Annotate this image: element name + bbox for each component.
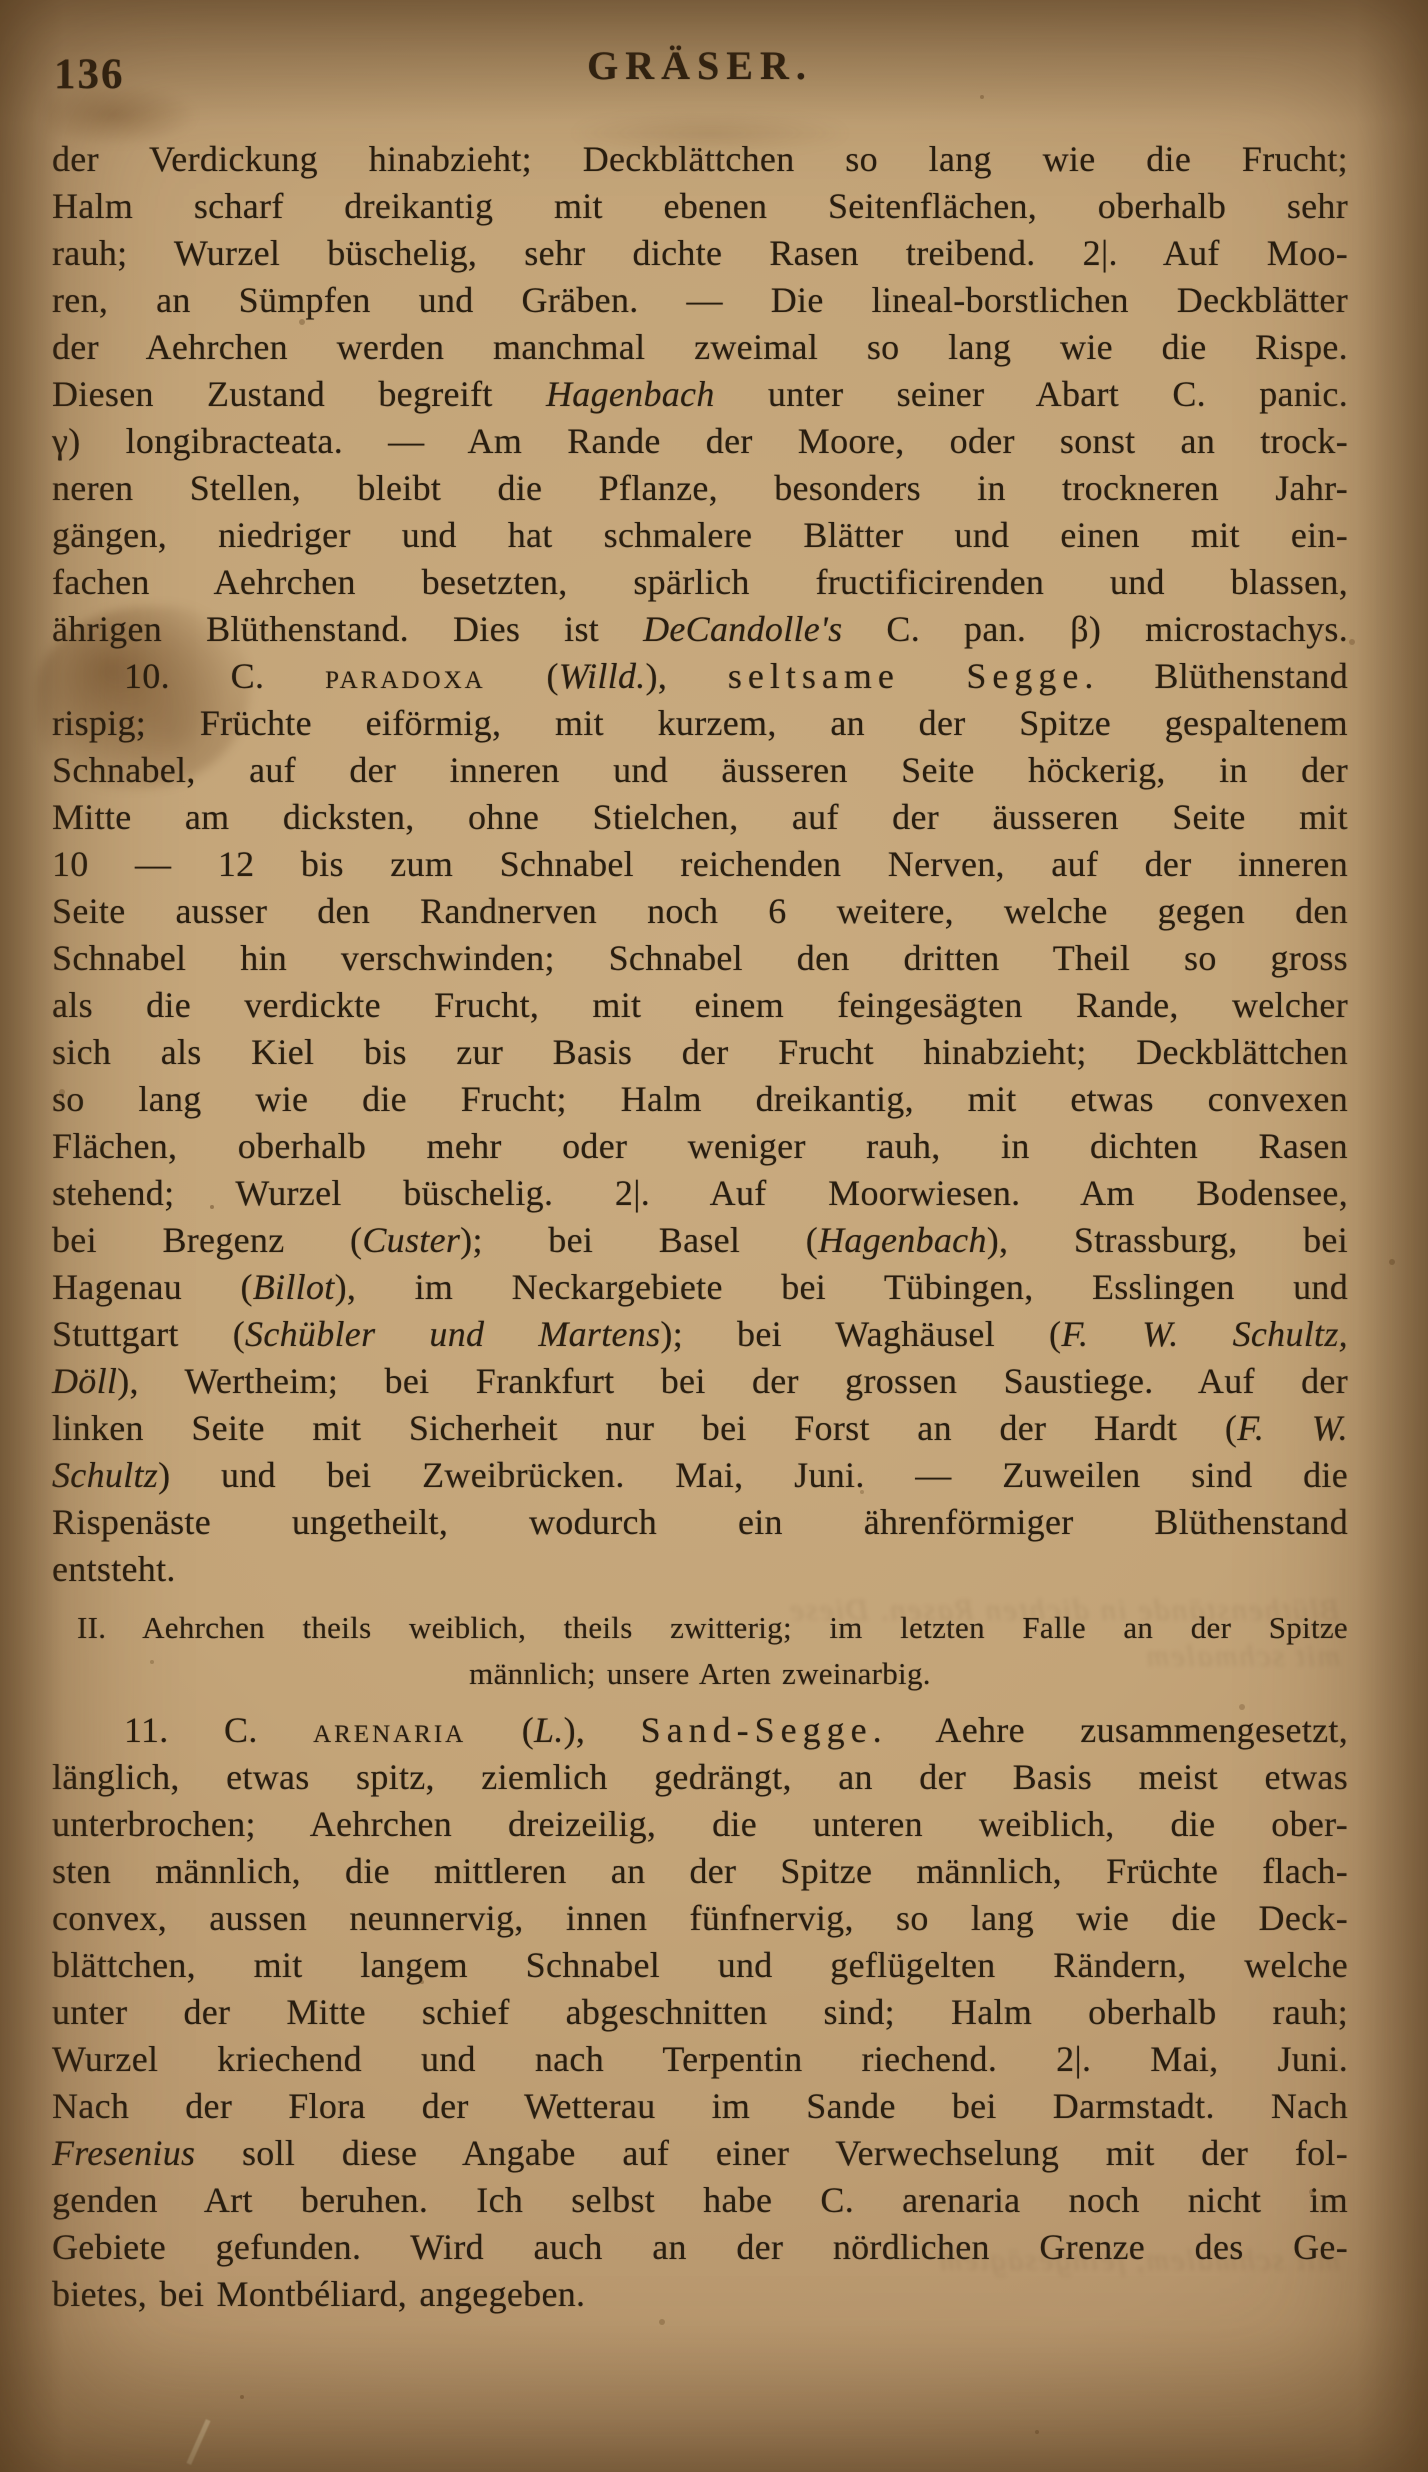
text-line: ährigen Blüthenstand. Dies ist DeCandoll… — [52, 606, 1348, 653]
text-segment: 10. C. — [124, 656, 325, 696]
text-segment: ( — [466, 1710, 534, 1750]
text-segment: rispig; Früchte eiförmig, mit kurzem, an… — [52, 703, 1348, 743]
text-segment: Diesen Zustand begreift — [52, 374, 546, 414]
text-line: männlich; unsere Arten zweinarbig. — [52, 1651, 1348, 1697]
text-segment: ); bei Basel ( — [460, 1220, 818, 1260]
text-line: Schnabel hin verschwinden; Schnabel den … — [52, 935, 1348, 982]
text-segment: männlich; unsere Arten zweinarbig. — [469, 1656, 931, 1691]
section-heading: II. Aehrchen theils weiblich, theils zwi… — [52, 1605, 1348, 1697]
text-segment: Stuttgart ( — [52, 1314, 245, 1354]
text-segment: ), — [564, 1710, 641, 1750]
text-segment: ) und bei Zweibrücken. Mai, Juni. — Zuwe… — [158, 1455, 1348, 1495]
text-segment: Halm scharf dreikantig mit ebenen Seiten… — [52, 186, 1348, 226]
text-segment: Mitte am dicksten, ohne Stielchen, auf d… — [52, 797, 1348, 837]
text-segment: neren Stellen, bleibt die Pflanze, beson… — [52, 468, 1348, 508]
text-segment: Custer — [362, 1220, 460, 1260]
running-title: GRÄSER. — [52, 42, 1348, 89]
text-line: unterbrochen; Aehrchen dreizeilig, die u… — [52, 1801, 1348, 1848]
text-line: unter der Mitte schief abgeschnitten sin… — [52, 1989, 1348, 2036]
text-segment: L. — [534, 1710, 564, 1750]
text-segment: Willd. — [559, 656, 646, 696]
text-line: 11. C. arenaria (L.), Sand-Segge. Aehre … — [52, 1707, 1348, 1754]
page-header: 136 GRÄSER. — [52, 42, 1348, 89]
text-segment: 10 — 12 bis zum Schnabel reichenden Nerv… — [52, 844, 1348, 884]
text-segment: Schultz — [52, 1455, 158, 1495]
text-segment: genden Art beruhen. Ich selbst habe C. a… — [52, 2180, 1348, 2220]
text-line: stehend; Wurzel büschelig. 2|. Auf Moorw… — [52, 1170, 1348, 1217]
text-segment: Fresenius — [52, 2133, 195, 2173]
text-segment: DeCandolle's — [643, 609, 842, 649]
text-line: Döll), Wertheim; bei Frankfurt bei der g… — [52, 1358, 1348, 1405]
text-segment: fachen Aehrchen besetzten, spärlich fruc… — [52, 562, 1348, 602]
text-segment: unter der Mitte schief abgeschnitten sin… — [52, 1992, 1348, 2032]
text-segment: F. W. — [1237, 1408, 1348, 1448]
text-segment: paradoxa — [325, 656, 486, 696]
text-line: Seite ausser den Randnerven noch 6 weite… — [52, 888, 1348, 935]
text-segment: Gebiete gefunden. Wird auch an der nördl… — [52, 2227, 1348, 2267]
text-line: fachen Aehrchen besetzten, spärlich fruc… — [52, 559, 1348, 606]
text-segment: Schnabel hin verschwinden; Schnabel den … — [52, 938, 1348, 978]
text-line: der Aehrchen werden manchmal zweimal so … — [52, 324, 1348, 371]
text-line: Gebiete gefunden. Wird auch an der nördl… — [52, 2224, 1348, 2271]
book-page-scan: Blüthenstände in dichten Rasen. Diese mi… — [0, 0, 1428, 2472]
para-species-11: 11. C. arenaria (L.), Sand-Segge. Aehre … — [52, 1707, 1348, 2318]
text-segment: Billot — [253, 1267, 335, 1307]
text-segment: Rispenäste ungetheilt, wodurch ein ähren… — [52, 1502, 1348, 1542]
text-segment: ), im Neckargebiete bei Tübingen, Esslin… — [335, 1267, 1348, 1307]
text-segment: convex, aussen neunnervig, innen fünfner… — [52, 1898, 1348, 1938]
text-line: Mitte am dicksten, ohne Stielchen, auf d… — [52, 794, 1348, 841]
text-segment: seltsame Segge — [728, 656, 1084, 696]
text-line: Flächen, oberhalb mehr oder weniger rauh… — [52, 1123, 1348, 1170]
text-segment: der Verdickung hinabzieht; Deckblättchen… — [52, 139, 1348, 179]
text-segment: entsteht. — [52, 1549, 176, 1589]
text-segment: ), Wertheim; bei Frankfurt bei der gross… — [117, 1361, 1348, 1401]
text-segment: Hagenbach — [546, 374, 715, 414]
text-segment: arenaria — [313, 1710, 466, 1750]
text-segment: Seite ausser den Randnerven noch 6 weite… — [52, 891, 1348, 931]
text-line: Rispenäste ungetheilt, wodurch ein ähren… — [52, 1499, 1348, 1546]
paper-specks — [0, 0, 4, 4]
text-segment: Wurzel kriechend und nach Terpentin riec… — [52, 2039, 1348, 2079]
text-segment: Flächen, oberhalb mehr oder weniger rauh… — [52, 1126, 1348, 1166]
text-segment: der Aehrchen werden manchmal zweimal so … — [52, 327, 1348, 367]
text-segment: Hagenau ( — [52, 1267, 253, 1307]
text-segment: . Blüthenstand — [1084, 656, 1348, 696]
text-segment: als die verdickte Frucht, mit einem fein… — [52, 985, 1348, 1025]
text-line: als die verdickte Frucht, mit einem fein… — [52, 982, 1348, 1029]
text-segment: Hagenbach — [818, 1220, 987, 1260]
text-line: 10 — 12 bis zum Schnabel reichenden Nerv… — [52, 841, 1348, 888]
text-segment: ), — [646, 656, 728, 696]
text-segment: Nach der Flora der Wetterau im Sande bei… — [52, 2086, 1348, 2126]
text-line: genden Art beruhen. Ich selbst habe C. a… — [52, 2177, 1348, 2224]
text-segment: ährigen Blüthenstand. Dies ist — [52, 609, 643, 649]
text-segment: unterbrochen; Aehrchen dreizeilig, die u… — [52, 1804, 1348, 1844]
text-line: linken Seite mit Sicherheit nur bei Fors… — [52, 1405, 1348, 1452]
text-line: II. Aehrchen theils weiblich, theils zwi… — [52, 1605, 1348, 1651]
text-segment: so lang wie die Frucht; Halm dreikantig,… — [52, 1079, 1348, 1119]
text-segment: Sand-Segge — [641, 1710, 873, 1750]
scratch-mark — [186, 2419, 210, 2465]
text-line: länglich, etwas spitz, ziemlich gedrängt… — [52, 1754, 1348, 1801]
text-line: Schnabel, auf der inneren und äusseren S… — [52, 747, 1348, 794]
page-number: 136 — [54, 50, 125, 99]
text-line: Nach der Flora der Wetterau im Sande bei… — [52, 2083, 1348, 2130]
text-line: 10. C. paradoxa (Willd.), seltsame Segge… — [52, 653, 1348, 700]
text-block: der Verdickung hinabzieht; Deckblättchen… — [52, 136, 1348, 2318]
text-segment: bietes, bei Montbéliard, angegeben. — [52, 2274, 585, 2314]
text-line: convex, aussen neunnervig, innen fünfner… — [52, 1895, 1348, 1942]
text-segment: C. pan. β) microstachys. — [842, 609, 1348, 649]
text-segment: blättchen, mit langem Schnabel und geflü… — [52, 1945, 1348, 1985]
text-segment: rauh; Wurzel büschelig, sehr dichte Rase… — [52, 233, 1348, 273]
text-segment: gängen, niedriger und hat schmalere Blät… — [52, 515, 1348, 555]
text-line: Schultz) und bei Zweibrücken. Mai, Juni.… — [52, 1452, 1348, 1499]
text-segment: sich als Kiel bis zur Basis der Frucht h… — [52, 1032, 1348, 1072]
text-segment: stehend; Wurzel büschelig. 2|. Auf Moorw… — [52, 1173, 1348, 1213]
text-segment: Schnabel, auf der inneren und äusseren S… — [52, 750, 1348, 790]
text-line: bei Bregenz (Custer); bei Basel (Hagenba… — [52, 1217, 1348, 1264]
para-continuation: der Verdickung hinabzieht; Deckblättchen… — [52, 136, 1348, 653]
text-line: der Verdickung hinabzieht; Deckblättchen… — [52, 136, 1348, 183]
text-segment: II. Aehrchen theils weiblich, theils zwi… — [77, 1610, 1348, 1645]
text-segment: Döll — [52, 1361, 117, 1401]
text-line: sich als Kiel bis zur Basis der Frucht h… — [52, 1029, 1348, 1076]
text-segment: sten männlich, die mittleren an der Spit… — [52, 1851, 1348, 1891]
text-line: ren, an Sümpfen und Gräben. — Die lineal… — [52, 277, 1348, 324]
para-species-10: 10. C. paradoxa (Willd.), seltsame Segge… — [52, 653, 1348, 1593]
text-segment: ren, an Sümpfen und Gräben. — Die lineal… — [52, 280, 1348, 320]
text-line: rauh; Wurzel büschelig, sehr dichte Rase… — [52, 230, 1348, 277]
text-segment: 11. C. — [124, 1710, 313, 1750]
text-line: Wurzel kriechend und nach Terpentin riec… — [52, 2036, 1348, 2083]
text-line: γ) longibracteata. — Am Rande der Moore,… — [52, 418, 1348, 465]
text-segment: unter seiner Abart C. panic. — [715, 374, 1348, 414]
text-line: bietes, bei Montbéliard, angegeben. — [52, 2271, 1348, 2318]
text-line: blättchen, mit langem Schnabel und geflü… — [52, 1942, 1348, 1989]
text-line: Halm scharf dreikantig mit ebenen Seiten… — [52, 183, 1348, 230]
text-segment: γ) longibracteata. — Am Rande der Moore,… — [52, 421, 1348, 461]
text-segment: . Aehre zusammengesetzt, — [873, 1710, 1348, 1750]
text-segment: ( — [486, 656, 559, 696]
text-segment: F. W. Schultz, — [1061, 1314, 1348, 1354]
text-line: gängen, niedriger und hat schmalere Blät… — [52, 512, 1348, 559]
text-line: Fresenius soll diese Angabe auf einer Ve… — [52, 2130, 1348, 2177]
text-segment: linken Seite mit Sicherheit nur bei Fors… — [52, 1408, 1237, 1448]
text-segment: ); bei Waghäusel ( — [660, 1314, 1061, 1354]
text-line: Hagenau (Billot), im Neckargebiete bei T… — [52, 1264, 1348, 1311]
text-line: rispig; Früchte eiförmig, mit kurzem, an… — [52, 700, 1348, 747]
text-segment: soll diese Angabe auf einer Verwechselun… — [195, 2133, 1348, 2173]
text-segment: bei Bregenz ( — [52, 1220, 362, 1260]
text-segment: Schübler und Martens — [245, 1314, 660, 1354]
text-line: neren Stellen, bleibt die Pflanze, beson… — [52, 465, 1348, 512]
text-line: Stuttgart (Schübler und Martens); bei Wa… — [52, 1311, 1348, 1358]
text-segment: ), Strassburg, bei — [987, 1220, 1348, 1260]
text-line: entsteht. — [52, 1546, 1348, 1593]
text-line: sten männlich, die mittleren an der Spit… — [52, 1848, 1348, 1895]
text-line: Diesen Zustand begreift Hagenbach unter … — [52, 371, 1348, 418]
text-segment: länglich, etwas spitz, ziemlich gedrängt… — [52, 1757, 1348, 1797]
text-line: so lang wie die Frucht; Halm dreikantig,… — [52, 1076, 1348, 1123]
